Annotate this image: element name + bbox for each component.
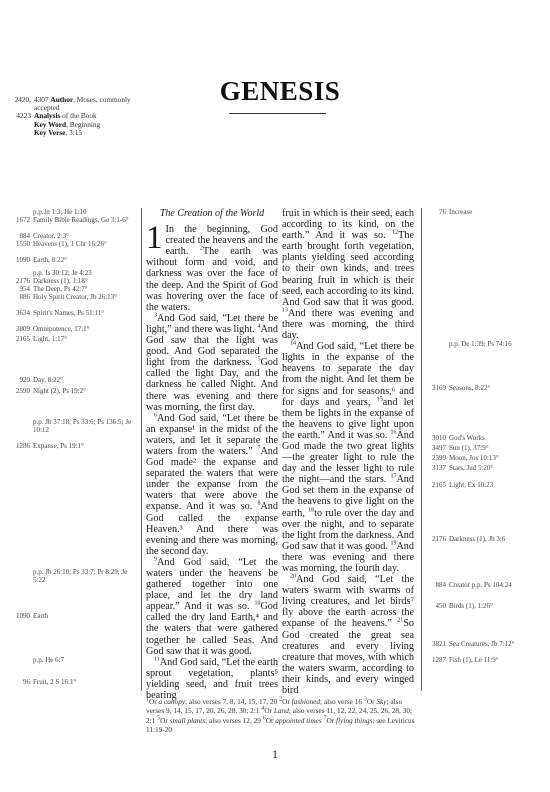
reference-text: Moon, Jos 10:13° <box>449 454 545 462</box>
reference-text: Earth <box>33 612 134 620</box>
topic-number: 954 <box>4 285 33 293</box>
reference-text: God's Works <box>449 434 545 442</box>
footnote-alternate-reading: a canopy <box>159 697 186 706</box>
intro-note-text: 4307 Author, Moses, commonly accepted <box>34 96 154 112</box>
topic-number: 1090 <box>4 256 33 264</box>
topic-number: 884 <box>4 232 33 240</box>
reference-text: p.p. Jb 37:18; Ps 33:6; Ps 136:5; Je 10:… <box>33 418 134 434</box>
scripture-column-2: fruit in which is their seed, each accor… <box>282 208 414 696</box>
footnote: 2Or fashioned; also verse 16 <box>279 697 364 706</box>
reference-text: The Deep, Ps 42:7° <box>33 285 134 293</box>
scripture-paragraph: 3And God said, “Let there be light,” and… <box>146 313 278 413</box>
topic-number: 1090 <box>4 612 33 620</box>
footnote-alternate-reading: Land <box>274 706 289 715</box>
margin-reference: 3497Sun (1), 37:9° <box>425 444 545 452</box>
column-2-text: fruit in which is their seed, each accor… <box>282 208 414 696</box>
reference-text: Family Bible Readings, Ge 3:1-6° <box>33 216 134 224</box>
verse-text: And there was evening and there was morn… <box>282 308 414 341</box>
reference-text: p.p. Is 30:12; Je 4:23 <box>33 269 134 277</box>
footnote-lead: Or <box>160 716 170 725</box>
reference-text: Expanse, Ps 19:1° <box>33 442 134 450</box>
topic-number: 3169 <box>425 384 449 392</box>
topic-number <box>4 269 33 277</box>
intro-notes: 2420,4307 Author, Moses, commonly accept… <box>4 96 154 137</box>
margin-reference: 3010God's Works <box>425 434 545 442</box>
verse-text: fruit in which is their seed, each accor… <box>282 208 414 241</box>
reference-text: Night (2), Ps 19:2° <box>33 387 134 395</box>
topic-number: 1672 <box>4 216 33 224</box>
margin-reference: p.p. He 6:7 <box>4 656 134 664</box>
topic-number: 2165 <box>4 335 33 343</box>
footnote-alternate-reading: fashioned <box>292 697 320 706</box>
reference-text: Fish (1), Le 11:9° <box>449 656 545 664</box>
footnote-rest: ; also verse 16 <box>320 697 364 706</box>
margin-reference: 884Creator, 2:3° <box>4 232 134 240</box>
reference-text: Heavens (1), 1 Chr 16:26° <box>33 240 134 248</box>
topic-number: 3137 <box>425 464 449 472</box>
topic-number: 3010 <box>425 434 449 442</box>
topic-number: 3497 <box>425 444 449 452</box>
topic-number: 450 <box>425 602 449 610</box>
margin-reference: 2590Night (2), Ps 19:2° <box>4 387 134 395</box>
topic-number: 2399 <box>425 454 449 462</box>
reference-text: Creator p.p. Ps 104:24 <box>449 581 545 589</box>
margin-reference: 1090Earth, 8:22° <box>4 256 134 264</box>
margin-reference: 2399Moon, Jos 10:13° <box>425 454 545 462</box>
topic-number: 2176 <box>4 277 33 285</box>
topic-number: 2176 <box>425 535 449 543</box>
page-number: 1 <box>0 747 550 762</box>
scripture-paragraph: 6And God said, “Let there be an expanse¹… <box>146 413 278 557</box>
reference-text: Day, 8:22° <box>33 376 134 384</box>
footnote-alternate-reading: small plants <box>170 716 205 725</box>
title-rule <box>229 113 326 114</box>
footnote-lead: Or <box>264 706 274 715</box>
topic-number <box>425 340 449 348</box>
topic-number <box>4 418 33 434</box>
topic-number: 3821 <box>425 640 449 648</box>
margin-reference: 3137Stars, Jud 5:20° <box>425 464 545 472</box>
scripture-paragraph: 14And God said, “Let there be lights in … <box>282 341 414 574</box>
reference-text: Increase <box>449 208 545 216</box>
column-divider-left <box>141 208 142 691</box>
verse-text: And God said, “Let the earth sprout vege… <box>146 657 278 701</box>
topic-number: 920 <box>4 376 33 384</box>
margin-reference: 3809Omnipotence, 17:1° <box>4 325 134 333</box>
verse-text: So God created the great sea creatures a… <box>282 618 414 696</box>
margin-reference: 450Birds (1), 1:26° <box>425 602 545 610</box>
scripture-paragraph: 11And God said, “Let the earth sprout ve… <box>146 657 278 701</box>
chapter-number: 1 <box>146 225 163 251</box>
footnote-lead: Or <box>149 697 159 706</box>
margin-reference: 2165Light, 1:17° <box>4 335 134 343</box>
topic-number <box>4 568 33 584</box>
margin-reference: 920Day, 8:22° <box>4 376 134 384</box>
margin-reference: 1550Heavens (1), 1 Chr 16:26° <box>4 240 134 248</box>
topic-number <box>4 129 34 137</box>
topic-number: 886 <box>4 293 33 301</box>
scripture-column-1: The Creation of the World 1In the beginn… <box>146 208 278 701</box>
footnote-lead: Or <box>367 697 377 706</box>
topic-number: 2165 <box>425 481 449 489</box>
footnote: 6Or appointed times <box>263 716 324 725</box>
intro-note: Key Verse, 3:15 <box>4 129 154 137</box>
reference-text: Creator, 2:3° <box>33 232 134 240</box>
reference-text: p.p.Jn 1:3; He 1:10 <box>33 208 134 216</box>
reference-text: Fruit, 2 S 16:1° <box>33 678 134 686</box>
footnote-rest: ; also verses 7, 8, 14, 15, 17, 20 <box>185 697 279 706</box>
topic-number: 76 <box>425 208 449 216</box>
footnote-alternate-reading: flying things <box>336 716 372 725</box>
topic-number <box>4 121 34 129</box>
scripture-paragraph: 9And God said, “Let the waters under the… <box>146 557 278 657</box>
margin-reference: 3634Spirit's Names, Ps 51:11° <box>4 309 134 317</box>
topic-number: 3634 <box>4 309 33 317</box>
reference-text: Sea Creatures, Jb 7:12° <box>449 640 545 648</box>
footnotes: 1Or a canopy; also verses 7, 8, 14, 15, … <box>146 697 418 735</box>
section-heading: The Creation of the World <box>146 208 278 219</box>
topic-number: 1550 <box>4 240 33 248</box>
reference-text: p.p. He 6:7 <box>33 656 134 664</box>
column-1-text: 1In the beginning, God created the heave… <box>146 224 278 701</box>
verse-text: And God said, “Let the waters swarm with… <box>282 574 414 629</box>
reference-text: Light, 1:17° <box>33 335 134 343</box>
topic-number <box>4 208 33 216</box>
footnote-alternate-reading: appointed times <box>275 716 321 725</box>
footnote: 1Or a canopy; also verses 7, 8, 14, 15, … <box>146 697 279 706</box>
reference-text: Darkness (1), 1:18° <box>33 277 134 285</box>
topic-number: 2420, <box>4 96 34 112</box>
margin-reference: 76Increase <box>425 208 545 216</box>
reference-text: Darkness (1), Jb 3:6 <box>449 535 545 543</box>
footnote-lead: Or <box>282 697 292 706</box>
reference-text: Sun (1), 37:9° <box>449 444 545 452</box>
topic-number: 2590 <box>4 387 33 395</box>
scripture-paragraph: 20And God said, “Let the waters swarm wi… <box>282 574 414 696</box>
margin-reference: 1287Fish (1), Le 11:9° <box>425 656 545 664</box>
topic-number <box>4 656 33 664</box>
reference-text: Seasons, 8:22° <box>449 384 545 392</box>
reference-text: Earth, 8:22° <box>33 256 134 264</box>
margin-reference: p.p. Jb 26:10; Ps 33:7; Pr 8:29; Je 5:22 <box>4 568 134 584</box>
topic-number: 96 <box>4 678 33 686</box>
margin-reference: 3821Sea Creatures, Jb 7:12° <box>425 640 545 648</box>
reference-text: Spirit's Names, Ps 51:11° <box>33 309 134 317</box>
margin-reference: 2176Darkness (1), 1:18° <box>4 277 134 285</box>
topic-number: 3809 <box>4 325 33 333</box>
verse-text: The earth brought forth vegetation, plan… <box>282 230 414 308</box>
footnote: 5Or small plants; also verses 12, 29 <box>157 716 263 725</box>
reference-text: Light, Ex 10:23 <box>449 481 545 489</box>
reference-text: Omnipotence, 17:1° <box>33 325 134 333</box>
margin-reference: p.p.Jn 1:3; He 1:10 <box>4 208 134 216</box>
margin-reference: 954The Deep, Ps 42:7° <box>4 285 134 293</box>
topic-number: 4223 <box>4 112 34 120</box>
margin-reference: 2165Light, Ex 10:23 <box>425 481 545 489</box>
topic-number: 884 <box>425 581 449 589</box>
margin-reference: 2176Darkness (1), Jb 3:6 <box>425 535 545 543</box>
margin-reference: 1090Earth <box>4 612 134 620</box>
intro-note-text: Key Verse, 3:15 <box>34 129 154 137</box>
intro-note: 2420,4307 Author, Moses, commonly accept… <box>4 96 154 112</box>
margin-reference: p.p. De 1:39; Ps 74:16 <box>425 340 545 348</box>
scripture-paragraph: 1In the beginning, God created the heave… <box>146 224 278 313</box>
margin-reference: p.p. Is 30:12; Je 4:23 <box>4 269 134 277</box>
reference-text: Holy Spirit Creator, Jb 26:13° <box>33 293 134 301</box>
topic-number: 1286 <box>4 442 33 450</box>
reference-text: Stars, Jud 5:20° <box>449 464 545 472</box>
margin-reference: 884Creator p.p. Ps 104:24 <box>425 581 545 589</box>
footnote-rest: ; also verses 12, 29 <box>205 716 263 725</box>
reference-text: Birds (1), 1:26° <box>449 602 545 610</box>
reference-text: p.p. De 1:39; Ps 74:16 <box>449 340 545 348</box>
topic-number: 1287 <box>425 656 449 664</box>
margin-reference: 1286Expanse, Ps 19:1° <box>4 442 134 450</box>
margin-reference: 886Holy Spirit Creator, Jb 26:13° <box>4 293 134 301</box>
margin-reference: 3169Seasons, 8:22° <box>425 384 545 392</box>
margin-reference: p.p. Jb 37:18; Ps 33:6; Ps 136:5; Je 10:… <box>4 418 134 434</box>
intro-note-keyword: Key Verse <box>34 128 65 137</box>
scripture-paragraph: fruit in which is their seed, each accor… <box>282 208 414 341</box>
footnote-alternate-reading: Sky <box>376 697 386 706</box>
book-title: GENESIS <box>180 76 380 107</box>
footnote-lead: Or <box>266 716 276 725</box>
intro-note-suffix: , 3:15 <box>65 128 82 137</box>
margin-reference: 1672Family Bible Readings, Ge 3:1-6° <box>4 216 134 224</box>
reference-text: p.p. Jb 26:10; Ps 33:7; Pr 8:29; Je 5:22 <box>33 568 134 584</box>
margin-reference: 96Fruit, 2 S 16:1° <box>4 678 134 686</box>
column-divider-right <box>421 208 422 691</box>
footnote-lead: Or <box>327 716 337 725</box>
